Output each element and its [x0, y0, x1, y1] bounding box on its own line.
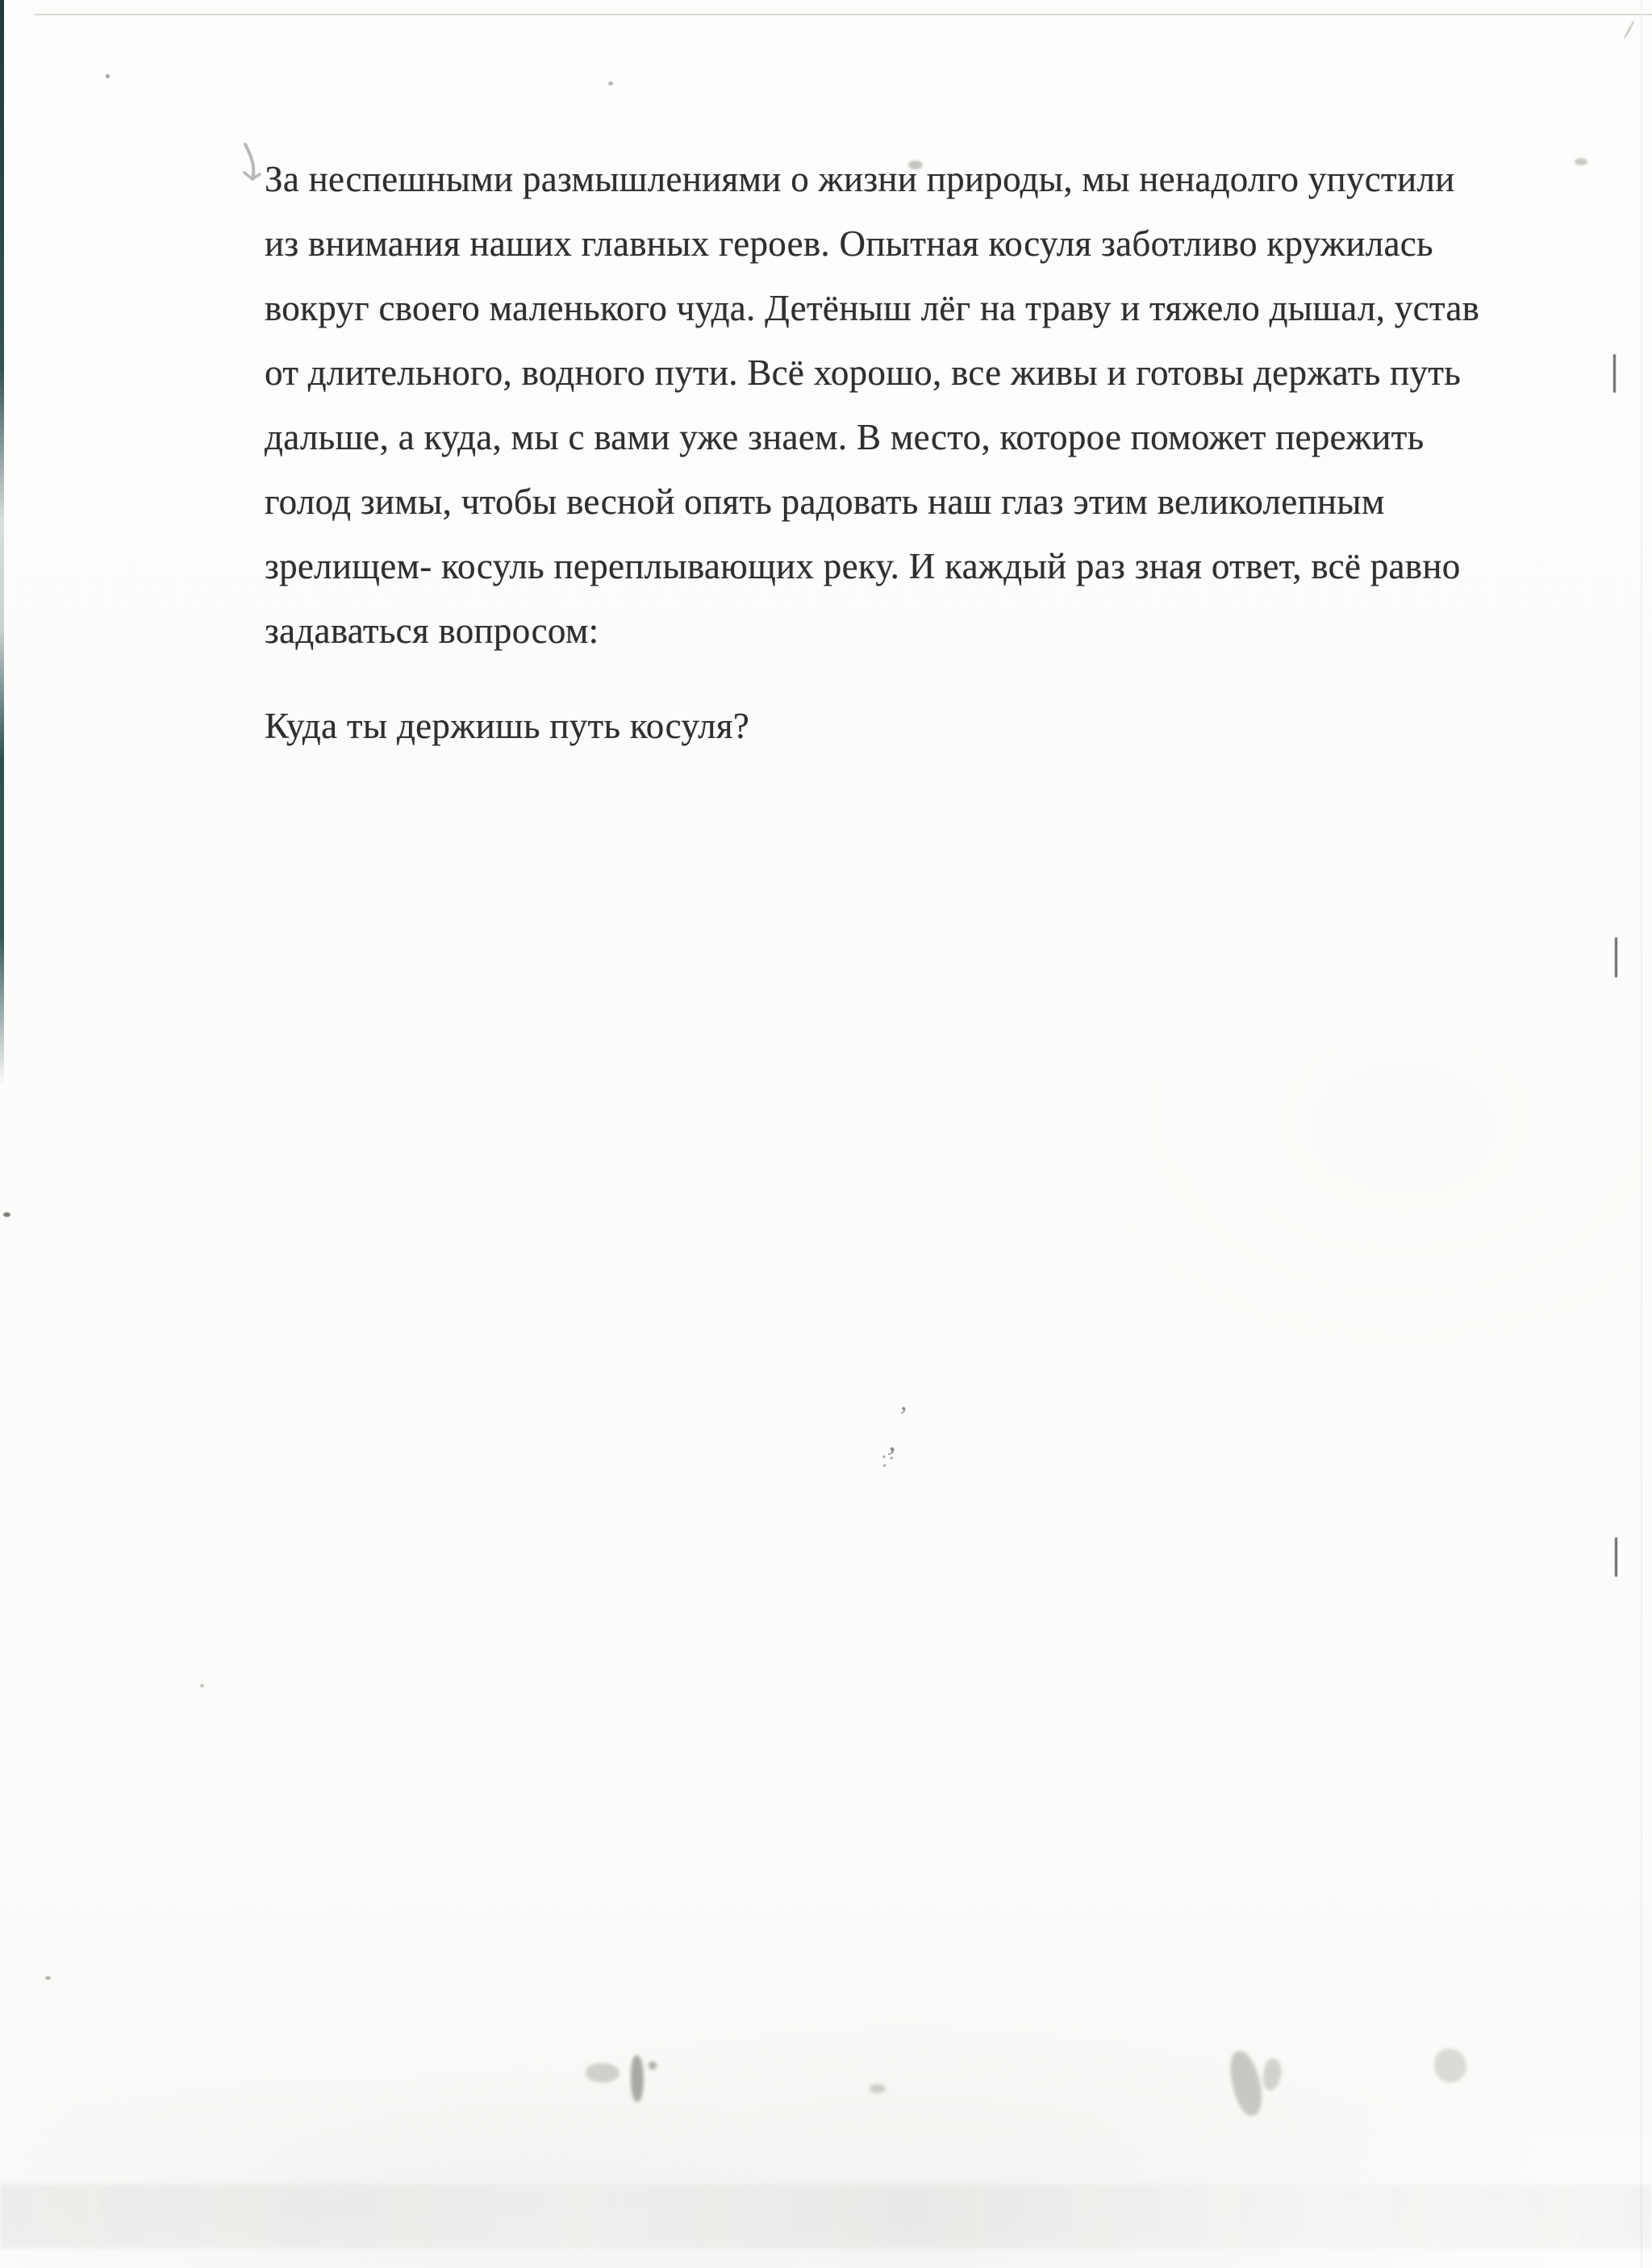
- scan-smudge: [1226, 2048, 1266, 2118]
- scan-right-edge-line: [1641, 0, 1642, 2268]
- scan-smudge: [1261, 2057, 1284, 2091]
- scan-speck: [608, 81, 613, 85]
- right-margin-dash: [1615, 1537, 1617, 1577]
- scan-speck: [45, 1976, 51, 1980]
- right-margin-dash: [1615, 937, 1617, 978]
- scan-top-edge-line: [34, 14, 1652, 15]
- paragraph-line: дальше, а куда, мы с вами уже знаем. В м…: [265, 405, 1571, 469]
- paragraph-line: вокруг своего маленького чуда. Детёныш л…: [265, 276, 1571, 340]
- scan-arrow-squiggle: [240, 142, 268, 194]
- scan-bottom-shading: [0, 2184, 1652, 2249]
- scan-smudge: [870, 2084, 886, 2093]
- scan-comma-mark: ’: [895, 1401, 909, 1432]
- scan-speck: [1623, 20, 1635, 40]
- scan-speck: [200, 1684, 204, 1687]
- paragraph-line: из внимания наших главных героев. Опытна…: [265, 211, 1571, 276]
- scan-smudge: [586, 2063, 619, 2082]
- scanned-page: За неспешными размышлениями о жизни прир…: [0, 0, 1652, 2268]
- scan-speck: [1575, 158, 1587, 165]
- scan-speck: [106, 74, 110, 78]
- right-margin-dash: [1613, 354, 1616, 393]
- scan-comma-mark: :·: [880, 1445, 897, 1473]
- paragraph-line: от длительного, водного пути. Всё хорошо…: [265, 340, 1571, 405]
- scan-smudge: [631, 2055, 644, 2102]
- document-text: За неспешными размышлениями о жизни прир…: [265, 147, 1571, 758]
- paragraph-line: За неспешными размышлениями о жизни прир…: [265, 147, 1571, 211]
- paragraph-line: голод зимы, чтобы весной опять радовать …: [265, 469, 1571, 534]
- scan-left-edge-strip: [0, 0, 4, 1085]
- scan-smudge: [1434, 2049, 1466, 2082]
- paragraph-line: зрелищем- косуль переплывающих реку. И к…: [265, 534, 1571, 598]
- paragraph-line: задаваться вопросом:: [265, 598, 1571, 663]
- scan-smudge: [649, 2062, 657, 2070]
- scan-speck: [3, 1212, 10, 1217]
- scan-comma-mark: ,: [886, 1420, 903, 1459]
- question-line: Куда ты держишь путь косуля?: [265, 694, 1571, 758]
